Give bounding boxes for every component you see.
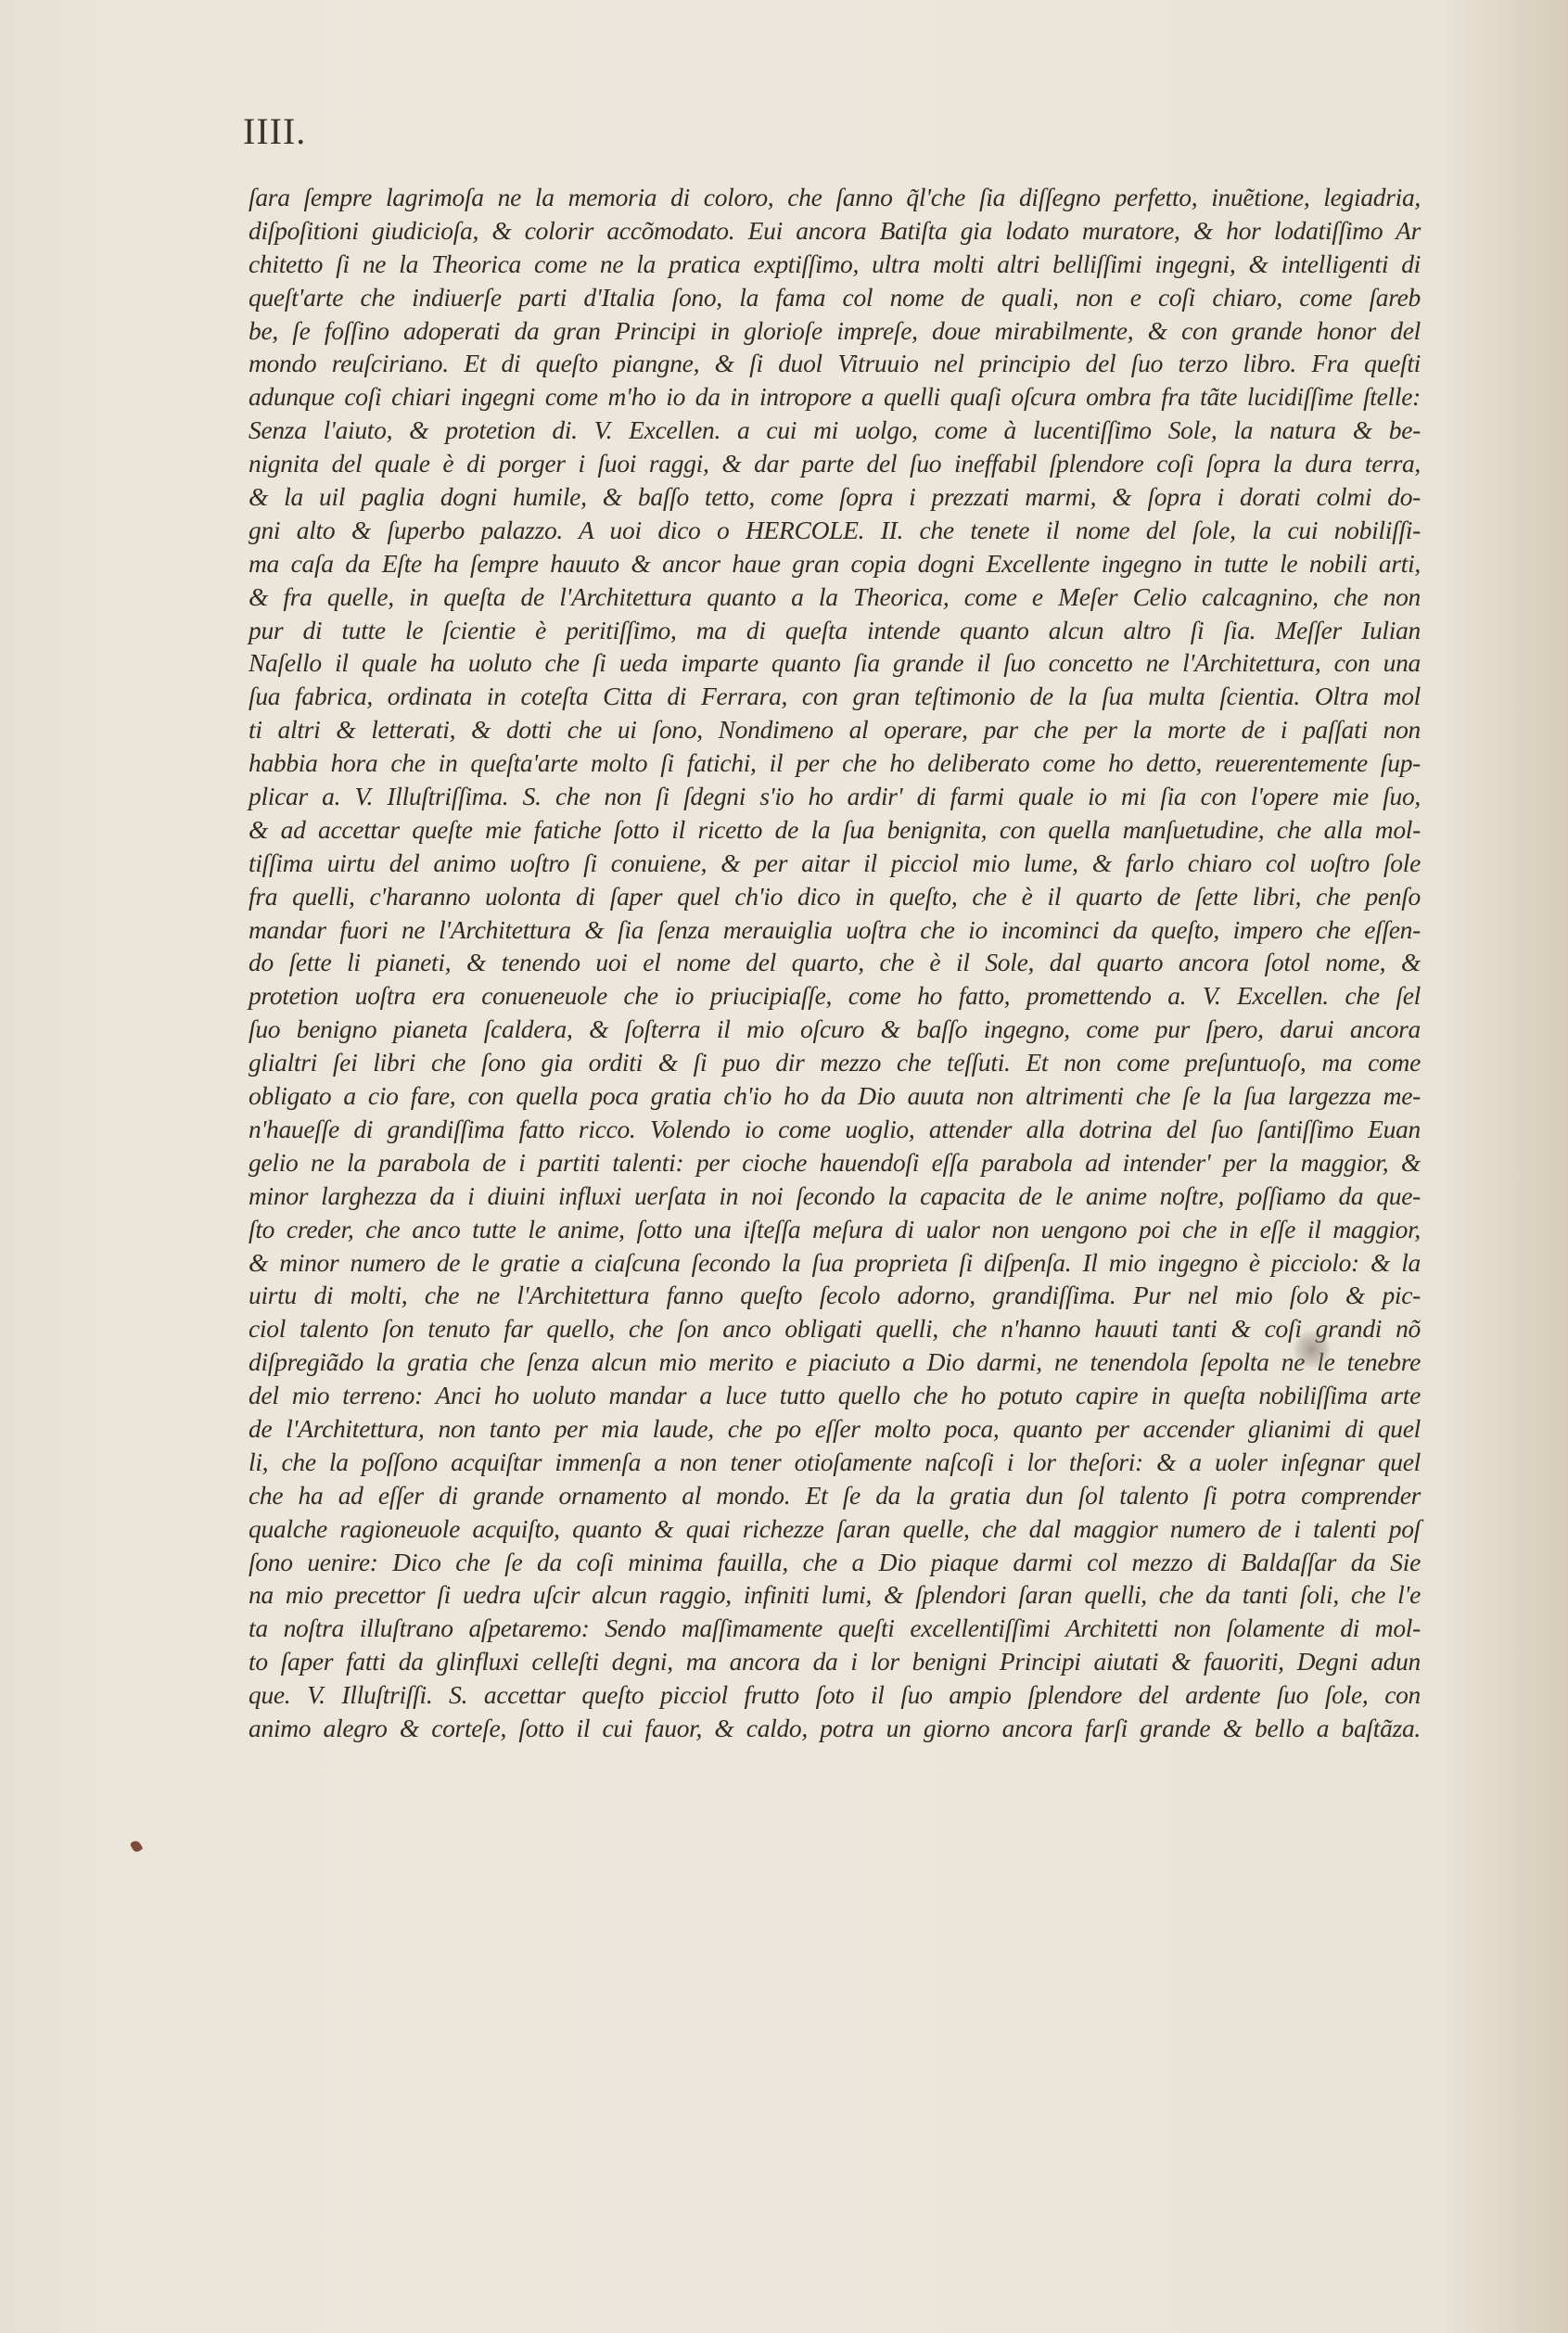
text-line: qualche ragioneuole acquiſto, quanto & q… [249,1512,1421,1546]
text-line: animo alegro & corteſe, ſotto il cui fau… [249,1712,1421,1745]
text-line: uirtu di molti, che ne l'Architettura fa… [249,1279,1421,1312]
text-line: diſpregiãdo la gratia che ſenza alcun mi… [249,1345,1421,1379]
text-line: minor larghezza da i diuini influxi uerſ… [249,1179,1421,1213]
text-line: diſpoſitioni giudicioſa, & colorir accõm… [249,214,1421,248]
text-line: obligato a cio fare, con quella poca gra… [249,1079,1421,1113]
paper-stain [1294,1331,1331,1368]
text-line: tiſſima uirtu del animo uoſtro ſi conuie… [249,847,1421,880]
text-line: to ſaper fatti da glinfluxi celleſti deg… [249,1645,1421,1678]
text-line: & minor numero de le gratie a ciaſcuna ſ… [249,1246,1421,1280]
text-line: fra quelli, c'haranno uolonta di ſaper q… [249,880,1421,913]
text-line: glialtri ſei libri che ſono gia orditi &… [249,1046,1421,1079]
text-line: be, ſe foſſino adoperati da gran Princip… [249,314,1421,348]
text-line: mandar fuori ne l'Architettura & ſia ſen… [249,913,1421,947]
text-line: li, che la poſſono acquiſtar immenſa a n… [249,1446,1421,1479]
text-line: nignita del quale è di porger i ſuoi rag… [249,447,1421,480]
text-line: habbia hora che in queſta'arte molto ſi … [249,746,1421,780]
text-line: mondo reuſciriano. Et di queſto piangne,… [249,347,1421,380]
text-line: ſuo benigno pianeta ſcaldera, & ſoſterra… [249,1013,1421,1046]
text-line: plicar a. V. Illuſtriſſima. S. che non ſ… [249,780,1421,813]
book-page: IIII. ſara ſempre lagrimoſa ne la memori… [0,0,1568,2333]
text-line: del mio terreno: Anci ho uoluto mandar a… [249,1379,1421,1412]
text-line: do ſette li pianeti, & tenendo uoi el no… [249,946,1421,979]
text-line: ti altri & letterati, & dotti che ui ſon… [249,713,1421,746]
text-line: ſara ſempre lagrimoſa ne la memoria di c… [249,181,1421,214]
text-line: ſono uenire: Dico che ſe da coſi minima … [249,1546,1421,1579]
text-line: & ad accettar queſte mie fatiche ſotto i… [249,813,1421,847]
text-line: Naſello il quale ha uoluto che ſi ueda i… [249,646,1421,680]
text-line: gni alto & ſuperbo palazzo. A uoi dico o… [249,514,1421,547]
text-line: de l'Architettura, non tanto per mia lau… [249,1412,1421,1446]
text-line: gelio ne la parabola de i partiti talent… [249,1146,1421,1179]
text-line: ma caſa da Eſte ha ſempre hauuto & ancor… [249,547,1421,580]
text-line: que. V. Illuſtriſſi. S. accettar queſto … [249,1678,1421,1712]
text-line: pur di tutte le ſcientie è peritiſſimo, … [249,614,1421,647]
text-line: ciol talento ſon tenuto far quello, che … [249,1312,1421,1345]
text-line: protetion uoſtra era conueneuole che io … [249,979,1421,1013]
ink-mark [130,1839,144,1853]
text-line: queſt'arte che indiuerſe parti d'Italia … [249,281,1421,314]
text-line: n'haueſſe di grandiſſima fatto ricco. Vo… [249,1113,1421,1146]
text-line: na mio precettor ſi uedra uſcir alcun ra… [249,1578,1421,1612]
text-line: che ha ad eſſer di grande ornamento al m… [249,1479,1421,1512]
text-line: ta noſtra illuſtrano aſpetaremo: Sendo m… [249,1612,1421,1645]
text-line: ſua fabrica, ordinata in coteſta Citta d… [249,680,1421,713]
text-line: & la uil paglia dogni humile, & baſſo te… [249,480,1421,514]
text-line: adunque coſi chiari ingegni come m'ho io… [249,380,1421,414]
text-line: chitetto ſi ne la Theorica come ne la pr… [249,248,1421,281]
folio-number: IIII. [243,109,306,153]
body-text: ſara ſempre lagrimoſa ne la memoria di c… [249,181,1421,1745]
text-line: & fra quelle, in queſta de l'Architettur… [249,580,1421,614]
text-line: Senza l'aiuto, & protetion di. V. Excell… [249,414,1421,447]
text-line: ſto creder, che anco tutte le anime, ſot… [249,1213,1421,1246]
